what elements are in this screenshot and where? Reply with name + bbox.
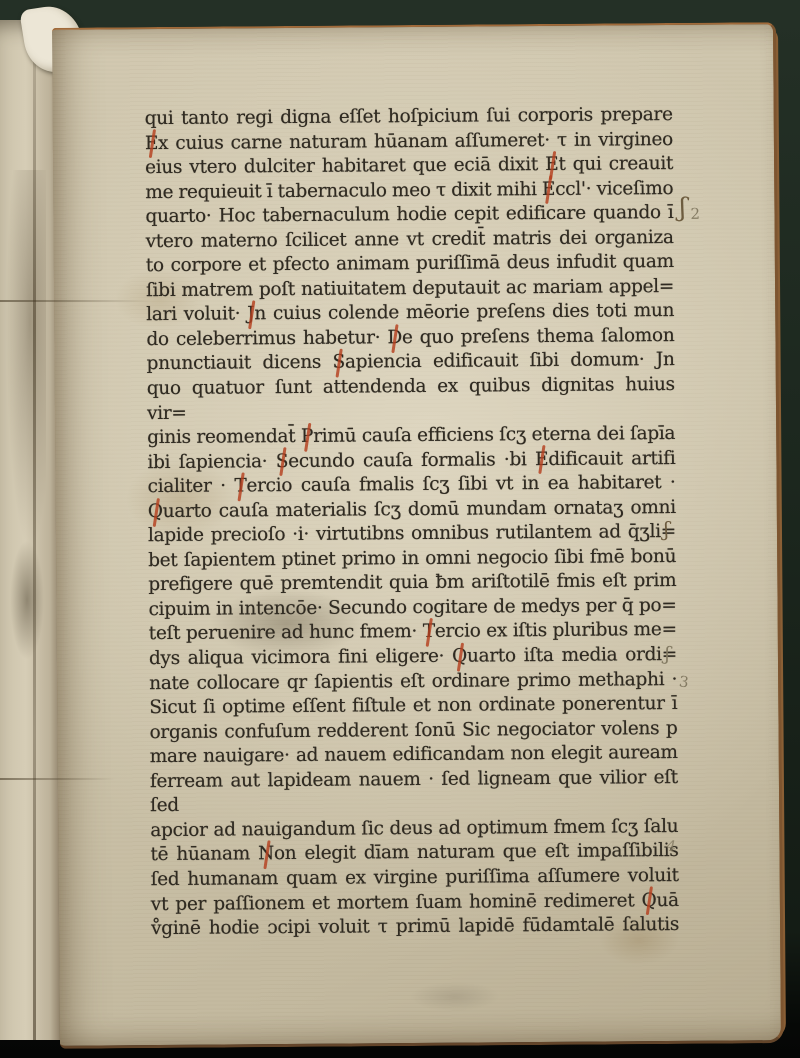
rubricated-initial: T xyxy=(234,475,246,500)
rubricated-initial: E xyxy=(542,178,555,203)
text-segment: quarto· Hoc tabernaculum hodie cepit edi… xyxy=(145,202,673,227)
text-line: Sicut ſi optime eſſent fiſtule et non or… xyxy=(149,692,677,721)
book-photograph: qui tanto regi digna eſſet hoſpicium ſui… xyxy=(0,0,800,1058)
rubricated-initial: Q xyxy=(642,889,657,914)
text-segment: teſt peruenire ad hunc fmem· xyxy=(149,621,423,644)
rubricated-initial: E xyxy=(545,153,558,178)
text-segment: do celeberrimus habetur· xyxy=(146,327,387,350)
ink-margin-mark: ʃ xyxy=(678,193,688,224)
rubricated-initial: D xyxy=(387,326,402,351)
text-line: ſed humanam quam ex virgine puriſſima aſ… xyxy=(151,864,679,893)
stub-smudge xyxy=(10,540,44,660)
rubricated-initial: J xyxy=(247,303,254,328)
rubricated-initial: E xyxy=(535,448,548,473)
text-segment: apcior ad nauigandum ſic deus ad optimum… xyxy=(150,816,678,841)
rubricated-initial: S xyxy=(276,450,289,475)
rubricated-initial: N xyxy=(258,843,274,868)
text-segment: to corpore et pfecto animam puriſſimā de… xyxy=(146,251,674,276)
text-line: eius vtero dulciter habitaret que eciā d… xyxy=(145,152,673,181)
text-line: cialiter · Tercio cauſa fmalis ſcʒ ſibi … xyxy=(148,471,676,500)
text-segment: quo quatuor ſunt attendenda ex quibus di… xyxy=(147,374,675,424)
text-segment: mare nauigare· ad nauem edificandam non … xyxy=(150,742,678,767)
text-segment: dificauit artifi xyxy=(548,448,675,470)
text-segment: ſibi matrem poſt natiuitatem deputauit a… xyxy=(146,276,674,301)
text-segment: apiencia edificauit ſibi domum· Jn xyxy=(345,349,675,373)
rubricated-initial: S xyxy=(332,351,345,376)
text-segment: cipuim in intencōe· Secundo cogitare de … xyxy=(148,595,676,620)
text-segment: organis confuſum redderent ſonū Sic nego… xyxy=(149,718,677,743)
text-segment: pnunctiauit dicens xyxy=(147,352,333,374)
text-line: quo quatuor ſunt attendenda ex quibus di… xyxy=(147,373,675,426)
text-segment: dys aliqua vicimora fini eligere· xyxy=(149,646,452,669)
pencil-leaf-number-3: 3 xyxy=(678,672,690,691)
text-segment: uā xyxy=(656,889,679,910)
text-segment: vt per paſſionem et mortem ſuam hominē r… xyxy=(151,890,642,915)
text-line: v̊ginē hodie ɔcipi voluit τ primū lapidē… xyxy=(151,913,679,942)
text-segment: Sicut ſi optime eſſent fiſtule et non or… xyxy=(149,693,677,718)
text-segment: ccl'· viceſimo xyxy=(555,178,673,200)
text-segment: rimū cauſa efficiens ſcʒ eterna dei ſapī… xyxy=(313,423,675,447)
stub-fold-crease xyxy=(33,20,36,1040)
text-line: dys aliqua vicimora fini eligere· Quarto… xyxy=(149,643,677,672)
book-page: qui tanto regi digna eſſet hoſpicium ſui… xyxy=(52,22,784,1049)
rubricated-initial: Q xyxy=(452,645,467,670)
rubricated-initial: E xyxy=(145,132,158,157)
text-segment: lapide precioſo ·i· virtutibns omnibus r… xyxy=(148,521,676,546)
text-segment: qui tanto regi digna eſſet hoſpicium ſui… xyxy=(145,104,673,129)
text-segment: bet ſapientem ptinet primo in omni negoc… xyxy=(148,546,676,571)
text-segment: ſed humanam quam ex virgine puriſſima aſ… xyxy=(151,865,679,890)
text-segment: ferream aut lapideam nauem · ſed ligneam… xyxy=(150,767,678,817)
text-segment: ecundo cauſa formalis ·bi xyxy=(288,449,535,472)
pencil-leaf-number-2: 2 xyxy=(690,205,700,223)
text-segment: ercio ex iſtis pluribus me= xyxy=(435,619,677,642)
gutter-crease xyxy=(0,300,150,302)
text-segment: vtero materno ſcilicet anne vt credit̄ m… xyxy=(146,227,674,252)
text-line: qui tanto regi digna eſſet hoſpicium ſui… xyxy=(145,103,673,132)
text-segment: cialiter · xyxy=(148,476,235,498)
text-segment: t qui creauit xyxy=(558,153,673,175)
text-line: quarto· Hoc tabernaculum hodie cepit edi… xyxy=(145,201,673,230)
text-segment: ginis reomendat̄ xyxy=(147,426,301,448)
rubricated-initial: P xyxy=(301,425,313,450)
text-segment: ercio cauſa fmalis ſcʒ ſibi vt in ea hab… xyxy=(246,472,675,496)
text-segment: eius vtero dulciter habitaret que eciā d… xyxy=(145,154,545,178)
rubricated-initial: Q xyxy=(148,500,163,525)
stain xyxy=(410,981,500,1012)
text-line: ginis reomendat̄ Primū cauſa efficiens ſ… xyxy=(147,422,675,451)
text-segment: n cuius colende mēorie preſens dies toti… xyxy=(254,300,674,324)
text-segment: ibi ſapiencia· xyxy=(147,451,276,473)
text-segment: v̊ginē hodie ɔcipi voluit τ primū lapidē… xyxy=(151,914,679,939)
text-block: qui tanto regi digna eſſet hoſpicium ſui… xyxy=(145,103,680,942)
text-segment: tē hūanam xyxy=(150,844,258,866)
text-line: mare nauigare· ad nauem edificandam non … xyxy=(150,741,678,770)
text-segment: on elegit dīam naturam que eſt impaſſibi… xyxy=(274,840,679,864)
text-segment: e quo preſens thema ſalomon xyxy=(402,325,675,348)
gutter-crease xyxy=(0,778,115,780)
text-segment: prefigere quē premtendit quia ƀm ariſtot… xyxy=(148,570,676,595)
text-segment: x cuius carne naturam hūanam aſſumeret· … xyxy=(158,129,673,154)
text-line: ferream aut lapideam nauem · ſed ligneam… xyxy=(150,766,678,819)
text-segment: me requieuit ī tabernaculo meo τ dixit m… xyxy=(145,179,542,203)
text-segment: uarto iſta media ordi= xyxy=(467,644,677,667)
rubricated-initial: T xyxy=(423,620,435,645)
stub-smudge xyxy=(6,170,46,550)
text-segment: lari voluit· xyxy=(146,304,247,326)
text-segment: nate collocare qr ſapientis eſt ordinare… xyxy=(149,669,677,694)
